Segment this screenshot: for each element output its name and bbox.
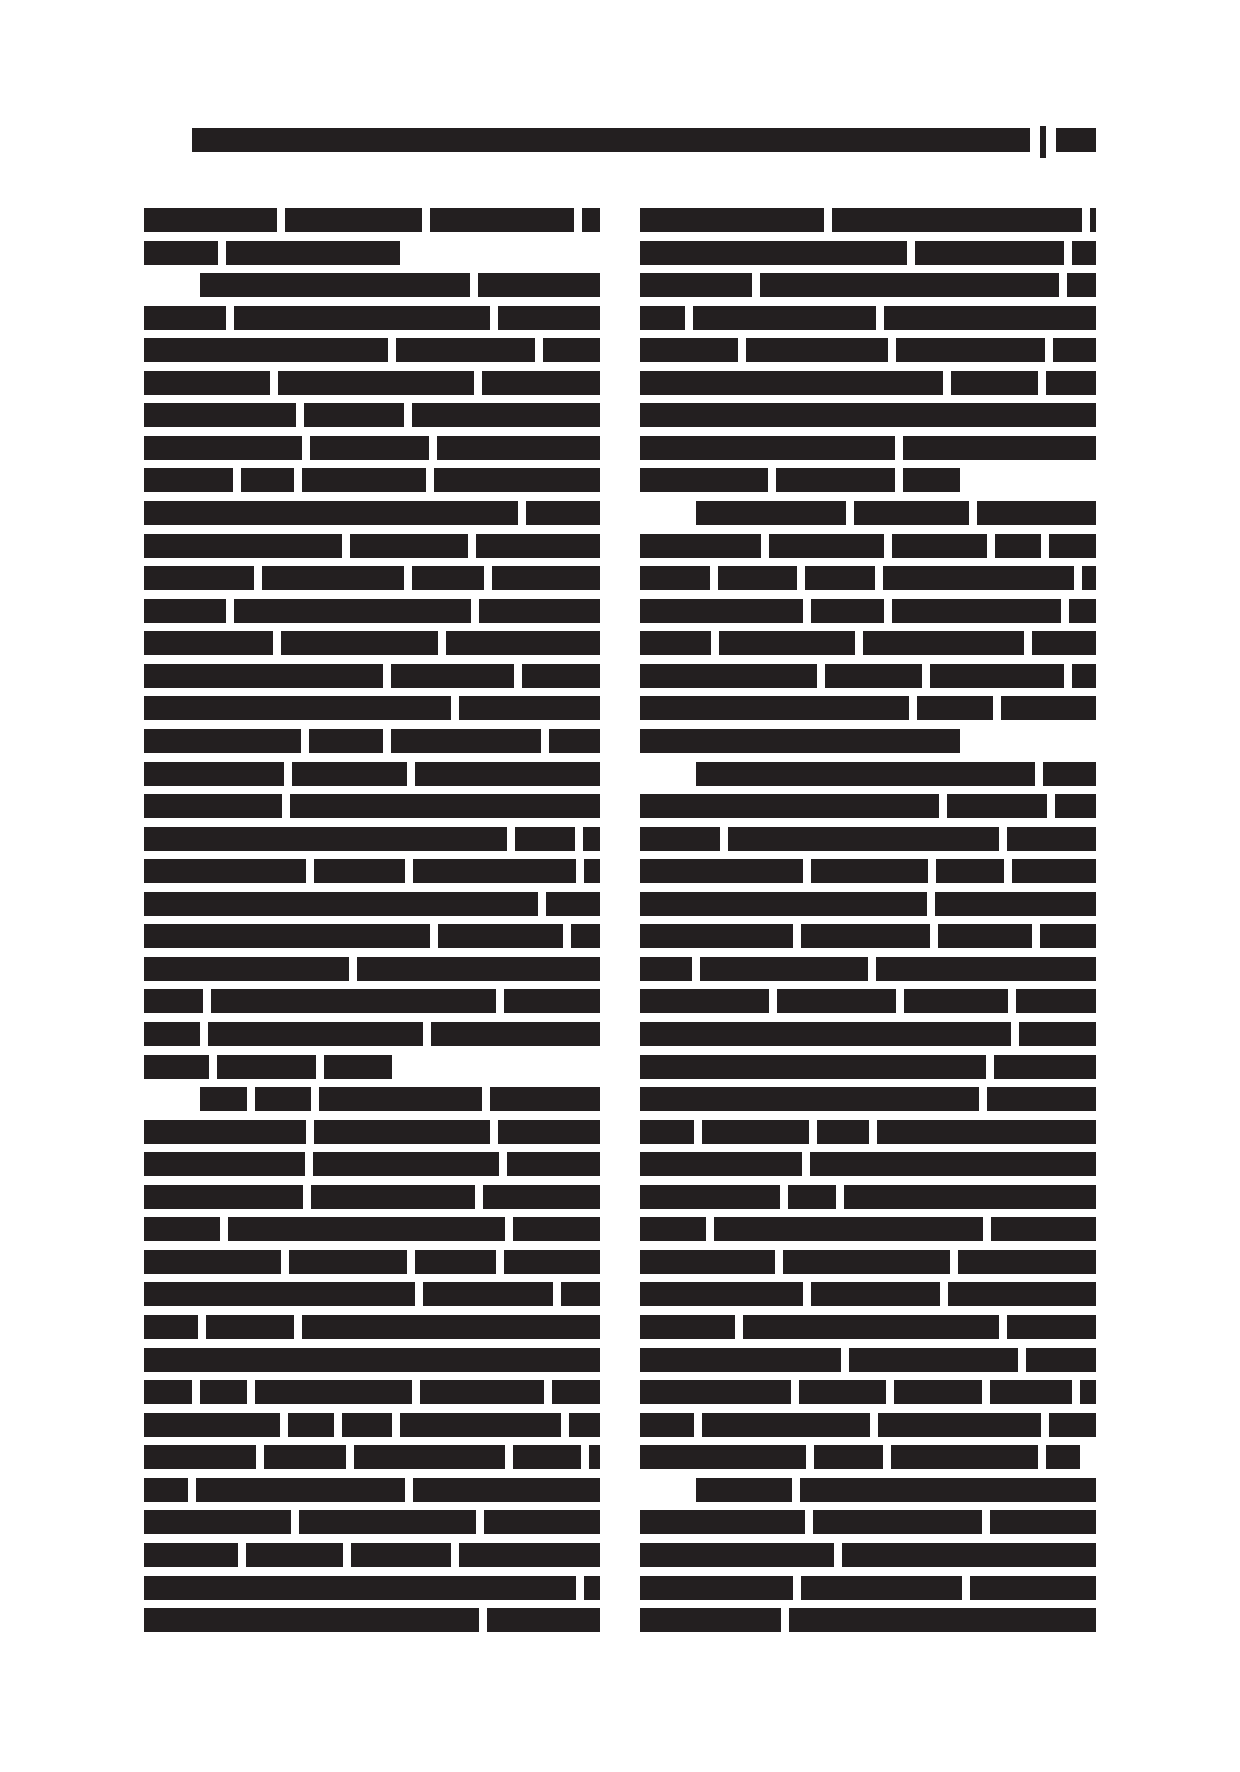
redacted-text-line	[640, 371, 1096, 395]
redaction-bar	[903, 468, 960, 492]
redacted-text-line	[696, 501, 1096, 525]
redaction-bar	[200, 1380, 247, 1404]
redaction-bar	[144, 403, 296, 427]
redaction-bar	[200, 273, 339, 297]
redaction-bar	[292, 762, 407, 786]
redaction-bar	[302, 468, 426, 492]
redaction-bar	[806, 696, 868, 720]
redaction-bar	[304, 403, 404, 427]
redaction-bar	[739, 1608, 781, 1632]
redaction-bar	[423, 1282, 553, 1306]
redaction-bar	[696, 762, 865, 786]
redaction-bar	[803, 1055, 874, 1079]
running-title-text: [redacted]	[192, 141, 196, 142]
redaction-bar	[892, 534, 987, 558]
redaction-bar	[976, 1608, 1018, 1632]
redaction-bar	[640, 1152, 802, 1176]
redaction-bar	[805, 436, 895, 460]
redaction-bar	[584, 1576, 600, 1600]
redaction-bar	[1080, 1380, 1096, 1404]
redaction-bar	[431, 1022, 578, 1046]
redaction-bar	[144, 1510, 194, 1534]
redaction-bar	[1072, 241, 1096, 265]
redaction-bar	[581, 664, 600, 688]
redaction-bar	[473, 957, 600, 981]
redaction-bar	[640, 241, 808, 265]
redacted-text-line	[640, 1413, 1096, 1437]
page-number-redacted: [redacted]	[1056, 128, 1096, 152]
redacted-text-line	[144, 1348, 600, 1372]
redaction-bar	[640, 599, 803, 623]
redaction-bar	[144, 664, 218, 688]
redaction-bar	[640, 1022, 776, 1046]
redaction-bar	[868, 696, 909, 720]
redaction-bar	[292, 534, 342, 558]
redaction-bar	[543, 338, 600, 362]
redaction-bar	[874, 1055, 986, 1079]
redaction-bar	[990, 1510, 1096, 1534]
redaction-bar	[640, 1543, 688, 1567]
redaction-bar	[255, 1380, 356, 1404]
redaction-bar	[696, 1510, 805, 1534]
redaction-bar	[640, 1608, 739, 1632]
redacted-text-line	[144, 306, 600, 330]
redaction-bar	[1067, 273, 1096, 297]
redaction-bar	[449, 338, 535, 362]
redaction-bar	[144, 1217, 220, 1241]
redaction-bar	[459, 1543, 552, 1567]
redaction-bar	[314, 859, 405, 883]
redaction-bar	[471, 403, 548, 427]
redacted-text-line	[640, 468, 960, 492]
redaction-bar	[285, 208, 422, 232]
redaction-bar	[481, 436, 525, 460]
redaction-bar	[525, 436, 600, 460]
redaction-bar	[640, 794, 736, 818]
redaction-bar	[692, 208, 824, 232]
redaction-bar	[295, 827, 465, 851]
redaction-bar	[583, 827, 600, 851]
redacted-text-line	[144, 1445, 600, 1469]
redaction-bar	[799, 1380, 886, 1404]
redaction-bar	[863, 631, 1024, 655]
redaction-bar	[144, 957, 213, 981]
redaction-bar	[311, 1185, 475, 1209]
redaction-bar	[144, 631, 273, 655]
redaction-bar	[813, 1510, 931, 1534]
redaction-bar	[700, 664, 817, 688]
redaction-bar	[393, 892, 538, 916]
redaction-bar	[894, 1380, 982, 1404]
redaction-bar	[990, 1543, 1096, 1567]
redaction-bar	[819, 794, 939, 818]
right-paragraph-1: [redacted]	[0, 13, 4, 14]
redaction-bar	[1074, 1576, 1096, 1600]
redaction-bar	[144, 534, 292, 558]
redaction-bar	[144, 989, 203, 1013]
redaction-bar	[505, 794, 600, 818]
redaction-bar	[951, 371, 1038, 395]
redaction-bar	[938, 924, 1032, 948]
redacted-text-line	[144, 501, 600, 525]
redaction-bar	[234, 599, 364, 623]
redaction-bar	[264, 1445, 346, 1469]
redacted-text-line	[144, 957, 600, 981]
redaction-bar	[288, 1413, 334, 1437]
redacted-text-line	[144, 1413, 600, 1437]
redaction-bar	[490, 1087, 600, 1111]
redaction-bar	[935, 892, 1018, 916]
redaction-bar	[961, 1478, 1096, 1502]
redacted-text-line	[640, 1120, 1096, 1144]
redaction-bar	[696, 1478, 792, 1502]
redacted-text-line	[144, 729, 600, 753]
redaction-bar	[479, 599, 579, 623]
redacted-text-line	[144, 1608, 600, 1632]
redaction-bar	[702, 1120, 809, 1144]
redaction-bar	[931, 1510, 982, 1534]
redaction-bar	[777, 989, 896, 1013]
redaction-bar	[217, 1055, 316, 1079]
redaction-bar	[507, 1152, 600, 1176]
redaction-bar	[584, 859, 600, 883]
redaction-bar	[589, 1445, 600, 1469]
redacted-text-line	[144, 1120, 600, 1144]
redaction-bar	[246, 1543, 343, 1567]
redaction-bar	[917, 696, 993, 720]
redaction-bar	[894, 827, 999, 851]
redaction-bar	[904, 989, 950, 1013]
redaction-bar	[801, 1576, 962, 1600]
running-title-redacted: [redacted]	[192, 128, 1030, 152]
redaction-bar	[883, 566, 1012, 590]
redaction-bar	[349, 1608, 417, 1632]
redaction-bar	[1001, 696, 1096, 720]
redaction-bar	[865, 762, 1035, 786]
redacted-text-line	[640, 631, 1096, 655]
redaction-bar	[526, 1348, 600, 1372]
redaction-bar	[415, 1250, 496, 1274]
redaction-bar	[884, 306, 1000, 330]
redaction-bar	[484, 1510, 600, 1534]
redacted-text-line	[144, 241, 400, 265]
redaction-bar	[970, 1576, 1074, 1600]
redaction-bar	[504, 989, 600, 1013]
redacted-text-line	[144, 1380, 600, 1404]
redaction-bar	[144, 1348, 215, 1372]
redaction-bar	[892, 599, 1061, 623]
redaction-bar	[1043, 762, 1096, 786]
redaction-bar	[746, 338, 888, 362]
redaction-bar	[1090, 208, 1096, 232]
page-number-text: [redacted]	[1056, 141, 1060, 142]
redaction-bar	[144, 501, 222, 525]
redaction-bar	[415, 762, 542, 786]
redacted-text-line	[144, 436, 600, 460]
redaction-bar	[314, 1120, 368, 1144]
redaction-bar	[1031, 957, 1092, 981]
redaction-bar	[347, 1217, 505, 1241]
redacted-text-line	[640, 794, 1096, 818]
redaction-bar	[144, 892, 234, 916]
redaction-bar	[1069, 599, 1096, 623]
redaction-bar	[258, 1022, 423, 1046]
redaction-bar	[728, 827, 894, 851]
redaction-bar	[543, 1315, 600, 1339]
redacted-text-line	[144, 208, 600, 232]
redaction-bar	[640, 1120, 694, 1144]
redaction-bar	[1046, 371, 1096, 395]
redaction-bar	[877, 1120, 972, 1144]
redacted-text-line	[144, 696, 600, 720]
redacted-text-line	[144, 1315, 600, 1339]
redaction-bar	[844, 1185, 954, 1209]
redaction-bar	[222, 501, 348, 525]
redaction-bar	[640, 631, 711, 655]
redacted-text-line	[640, 1608, 1096, 1632]
redaction-bar	[309, 729, 383, 753]
redaction-bar	[1007, 827, 1096, 851]
redaction-bar	[483, 1185, 600, 1209]
header-separator: |	[1040, 126, 1046, 158]
redaction-bar	[437, 436, 481, 460]
redacted-text-line	[640, 338, 1096, 362]
right-paragraph-2: [redacted]	[8, 13, 12, 14]
redaction-bar	[1055, 794, 1096, 818]
document-page: [redacted] | [redacted] [redacted] [reda…	[0, 0, 1240, 1772]
redaction-bar	[144, 1022, 200, 1046]
redaction-bar	[1016, 989, 1096, 1013]
redaction-bar	[696, 501, 846, 525]
redacted-text-line	[640, 1022, 1096, 1046]
redacted-text-line	[640, 1185, 1096, 1209]
redacted-text-line	[144, 631, 600, 655]
redaction-bar	[144, 729, 301, 753]
redaction-bar	[549, 729, 600, 753]
redaction-bar	[849, 1348, 952, 1372]
redaction-bar	[278, 371, 335, 395]
redacted-text-line	[640, 957, 1096, 981]
redaction-bar	[832, 208, 994, 232]
redaction-bar	[438, 924, 563, 948]
redaction-bar	[335, 306, 490, 330]
redacted-text-line	[144, 827, 600, 851]
redaction-bar	[430, 208, 574, 232]
redacted-text-line	[144, 989, 600, 1013]
redaction-bar	[995, 534, 1041, 558]
redaction-bar	[640, 1315, 735, 1339]
redaction-bar	[586, 566, 600, 590]
redacted-text-line	[144, 1510, 600, 1534]
redaction-bar	[144, 1608, 214, 1632]
redaction-bar	[144, 1055, 209, 1079]
redaction-bar	[825, 664, 871, 688]
redacted-text-line	[640, 1217, 1096, 1241]
redaction-bar	[350, 534, 468, 558]
redacted-text-line	[640, 989, 1096, 1013]
redaction-bar	[736, 794, 819, 818]
redaction-bar	[640, 957, 692, 981]
redacted-text-line	[144, 794, 600, 818]
redacted-text-line	[144, 1282, 600, 1306]
redaction-bar	[786, 729, 915, 753]
redaction-bar	[144, 1152, 305, 1176]
redaction-bar	[814, 1445, 883, 1469]
redaction-bar	[1083, 924, 1096, 948]
redacted-text-line	[640, 208, 1096, 232]
redacted-text-line	[640, 1152, 1096, 1176]
redaction-bar	[144, 1413, 280, 1437]
redaction-bar	[1018, 892, 1096, 916]
redaction-bar	[487, 1608, 600, 1632]
redaction-bar	[789, 1608, 905, 1632]
redaction-bar	[144, 208, 277, 232]
redaction-bar	[764, 436, 805, 460]
redaction-bar	[640, 1250, 775, 1274]
redaction-bar	[947, 794, 1047, 818]
redaction-bar	[420, 1380, 544, 1404]
redaction-bar	[391, 664, 514, 688]
redaction-bar	[358, 1348, 526, 1372]
redaction-bar	[312, 1282, 415, 1306]
redaction-bar	[214, 1608, 349, 1632]
redaction-bar	[548, 403, 600, 427]
redaction-bar	[640, 1413, 694, 1437]
redaction-bar	[144, 1282, 312, 1306]
redaction-bar	[991, 1217, 1044, 1241]
redaction-bar	[384, 794, 505, 818]
redacted-text-line	[640, 403, 1096, 427]
redaction-bar	[578, 1022, 600, 1046]
redaction-bar	[688, 1543, 834, 1567]
redaction-bar	[958, 1250, 1096, 1274]
redaction-bar	[640, 989, 769, 1013]
redaction-bar	[215, 1348, 267, 1372]
redaction-bar	[571, 924, 600, 948]
redacted-text-line	[640, 1380, 1096, 1404]
redacted-text-line	[144, 1543, 600, 1567]
redaction-bar	[703, 436, 764, 460]
redaction-bar	[234, 306, 335, 330]
redaction-bar	[640, 1087, 778, 1111]
redaction-bar	[413, 1478, 571, 1502]
redaction-bar	[1017, 436, 1096, 460]
redaction-bar	[412, 403, 471, 427]
redaction-bar	[878, 1413, 1041, 1437]
redacted-text-line	[144, 403, 600, 427]
redaction-bar	[739, 1185, 780, 1209]
redaction-bar	[805, 566, 875, 590]
redacted-text-line	[200, 273, 600, 297]
redaction-bar	[144, 1185, 303, 1209]
redaction-bar	[936, 859, 1004, 883]
redaction-bar	[811, 599, 884, 623]
redaction-bar	[290, 794, 384, 818]
redaction-bar	[213, 957, 349, 981]
redacted-text-line	[640, 1348, 1096, 1372]
redacted-text-line	[144, 338, 600, 362]
redaction-bar	[1019, 1022, 1096, 1046]
redaction-bar	[348, 501, 518, 525]
redaction-bar	[778, 1087, 905, 1111]
redaction-bar	[1073, 1282, 1096, 1306]
redacted-text-line	[640, 1282, 1096, 1306]
redacted-text-line	[144, 1185, 600, 1209]
redaction-bar	[1046, 1445, 1080, 1469]
redaction-bar	[987, 664, 1064, 688]
redaction-bar	[417, 1608, 479, 1632]
redaction-bar	[987, 1087, 1096, 1111]
redaction-bar	[640, 1445, 718, 1469]
redacted-text-line	[144, 1576, 600, 1600]
redaction-bar	[446, 631, 600, 655]
redaction-bar	[144, 794, 282, 818]
redaction-bar	[498, 1120, 600, 1144]
redaction-bar	[335, 371, 391, 395]
redaction-bar	[640, 664, 700, 688]
redaction-bar	[196, 1478, 244, 1502]
redaction-bar	[640, 1185, 739, 1209]
redaction-bar	[640, 892, 747, 916]
redaction-bar	[144, 468, 233, 492]
redaction-bar	[903, 436, 1017, 460]
redaction-bar	[640, 1055, 803, 1079]
redaction-bar	[984, 403, 1096, 427]
redacted-text-line	[640, 534, 1096, 558]
redaction-bar	[288, 924, 430, 948]
redaction-bar	[640, 371, 789, 395]
redaction-bar	[808, 241, 907, 265]
redaction-bar	[888, 1315, 999, 1339]
redaction-bar	[228, 1217, 347, 1241]
redacted-text-line	[144, 762, 600, 786]
redaction-bar	[459, 696, 600, 720]
redaction-bar	[817, 1120, 869, 1144]
redaction-bar	[972, 1120, 1096, 1144]
redaction-bar	[144, 1120, 306, 1144]
redaction-bar	[241, 468, 294, 492]
redaction-bar	[144, 1576, 249, 1600]
redaction-bar	[571, 1478, 600, 1502]
redaction-bar	[522, 664, 581, 688]
redaction-bar	[640, 566, 710, 590]
redaction-bar	[465, 827, 507, 851]
redacted-text-line	[144, 859, 600, 883]
redacted-text-line	[640, 599, 1096, 623]
redaction-bar	[760, 273, 867, 297]
redaction-bar	[552, 1380, 600, 1404]
redaction-bar	[640, 1380, 714, 1404]
redaction-bar	[234, 892, 393, 916]
redaction-bar	[200, 1087, 247, 1111]
redaction-bar	[526, 501, 600, 525]
redaction-bar	[342, 1413, 392, 1437]
right-paragraph-3: [redacted]	[16, 13, 20, 14]
redaction-bar	[144, 241, 218, 265]
redaction-bar	[1079, 1608, 1096, 1632]
redaction-bar	[854, 501, 969, 525]
redacted-text-line	[144, 599, 600, 623]
redaction-bar	[319, 1087, 482, 1111]
redaction-bar	[915, 729, 960, 753]
redaction-bar	[640, 306, 685, 330]
redacted-text-line	[640, 566, 1096, 590]
redaction-bar	[871, 664, 922, 688]
redaction-bar	[867, 273, 944, 297]
redaction-bar	[994, 1055, 1096, 1079]
redaction-bar	[339, 273, 470, 297]
redaction-bar	[952, 1348, 1018, 1372]
